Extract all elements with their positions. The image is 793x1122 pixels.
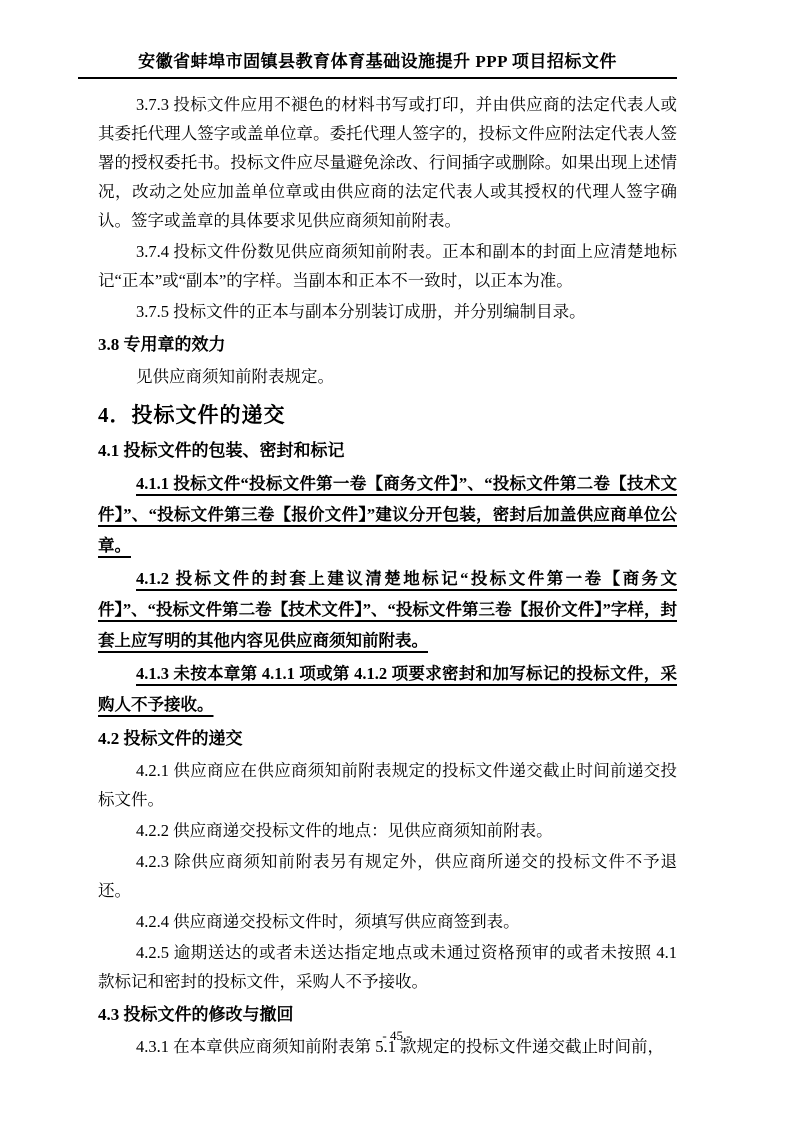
paragraph-4-2-2: 4.2.2 供应商递交投标文件的地点：见供应商须知前附表。 [98, 816, 677, 845]
page-header: 安徽省蚌埠市固镇县教育体育基础设施提升 PPP 项目招标文件 [78, 50, 677, 79]
paragraph-3-8-body: 见供应商须知前附表规定。 [98, 362, 677, 391]
section-heading-3-8: 3.8 专用章的效力 [98, 330, 677, 360]
paragraph-4-2-4: 4.2.4 供应商递交投标文件时，须填写供应商签到表。 [98, 907, 677, 936]
paragraph-3-7-3: 3.7.3 投标文件应用不褪色的材料书写或打印，并由供应商的法定代表人或其委托代… [98, 90, 677, 235]
paragraph-4-2-3: 4.2.3 除供应商须知前附表另有规定外，供应商所递交的投标文件不予退还。 [98, 847, 677, 905]
document-page: 安徽省蚌埠市固镇县教育体育基础设施提升 PPP 项目招标文件 3.7.3 投标文… [0, 0, 793, 1122]
paragraph-3-7-4: 3.7.4 投标文件份数见供应商须知前附表。正本和副本的封面上应清楚地标记“正本… [98, 237, 677, 295]
document-body: 3.7.3 投标文件应用不褪色的材料书写或打印，并由供应商的法定代表人或其委托代… [98, 90, 677, 1063]
header-title: 安徽省蚌埠市固镇县教育体育基础设施提升 PPP 项目招标文件 [138, 52, 617, 71]
paragraph-4-1-3: 4.1.3 未按本章第 4.1.1 项或第 4.1.2 项要求密封和加写标记的投… [98, 658, 677, 720]
paragraph-4-1-2: 4.1.2 投标文件的封套上建议清楚地标记“投标文件第一卷【商务文件】”、“投标… [98, 563, 677, 656]
section-heading-4-2: 4.2 投标文件的递交 [98, 724, 677, 754]
section-heading-4-1: 4.1 投标文件的包装、密封和标记 [98, 436, 677, 466]
paragraph-3-7-5: 3.7.5 投标文件的正本与副本分别装订成册，并分别编制目录。 [98, 297, 677, 326]
paragraph-4-2-5: 4.2.5 逾期送达的或者未送达指定地点或未通过资格预审的或者未按照 4.1 款… [98, 938, 677, 996]
page-number: - 45 - [0, 1026, 793, 1046]
chapter-heading-4: 4．投标文件的递交 [98, 399, 677, 432]
paragraph-4-1-1: 4.1.1 投标文件“投标文件第一卷【商务文件】”、“投标文件第二卷【技术文件】… [98, 468, 677, 561]
paragraph-4-2-1: 4.2.1 供应商应在供应商须知前附表规定的投标文件递交截止时间前递交投标文件。 [98, 756, 677, 814]
